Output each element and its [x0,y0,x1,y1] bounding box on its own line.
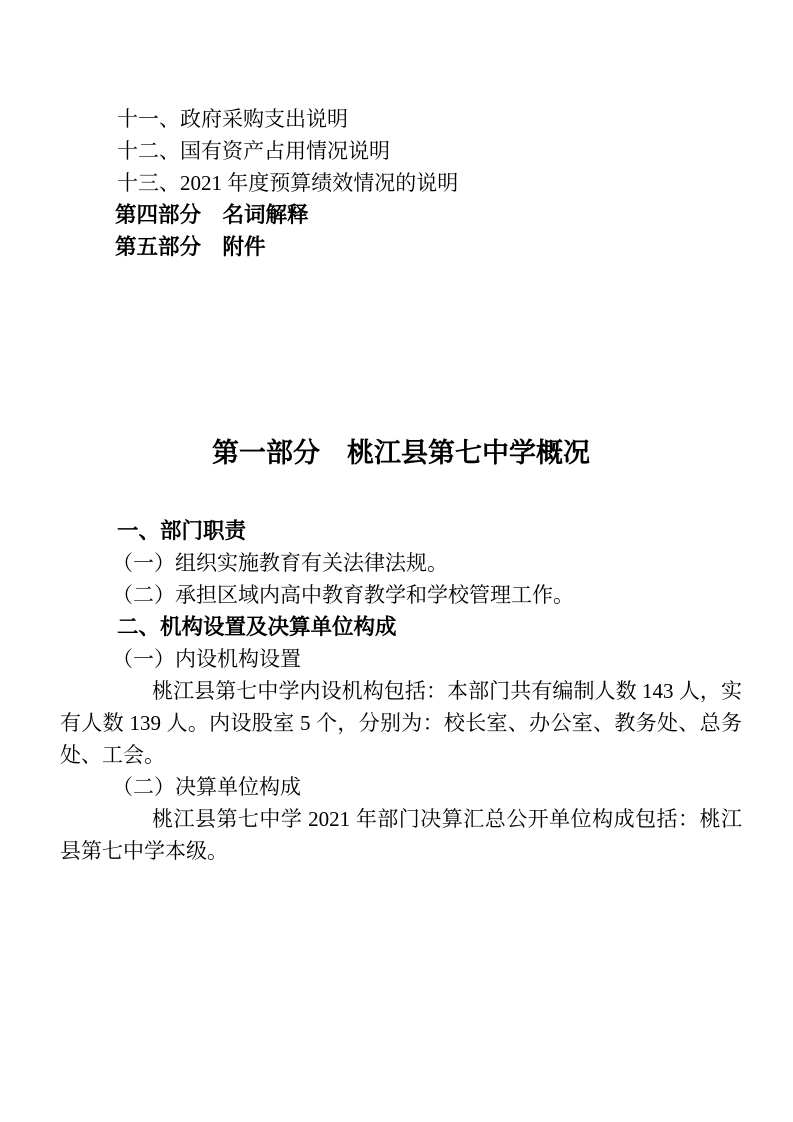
paragraph-accounting-units: 桃江县第七中学 2021 年部门决算汇总公开单位构成包括：桃江县第七中学本级。 [60,803,742,867]
heading-org-structure: 二、机构设置及决算单位构成 [60,611,742,643]
duty-item-2: （二）承担区域内高中教育教学和学校管理工作。 [60,579,742,611]
duty-item-1: （一）组织实施教育有关法律法规。 [60,547,742,579]
toc-part-4-heading: 第四部分 名词解释 [60,199,742,231]
paragraph-internal-org: 桃江县第七中学内设机构包括：本部门共有编制人数 143 人，实有人数 139 人… [60,675,742,771]
section-body: 一、部门职责 （一）组织实施教育有关法律法规。 （二）承担区域内高中教育教学和学… [60,515,742,867]
subheading-accounting-units: （二）决算单位构成 [60,771,742,803]
document-page: 十一、政府采购支出说明 十二、国有资产占用情况说明 十三、2021 年度预算绩效… [0,0,793,1122]
toc-item-11: 十一、政府采购支出说明 [60,103,742,135]
section-title: 第一部分 桃江县第七中学概况 [60,438,742,468]
subheading-internal-org: （一）内设机构设置 [60,643,742,675]
heading-department-duties: 一、部门职责 [60,515,742,547]
toc-item-13: 十三、2021 年度预算绩效情况的说明 [60,167,742,199]
toc-item-12: 十二、国有资产占用情况说明 [60,135,742,167]
toc-tail: 十一、政府采购支出说明 十二、国有资产占用情况说明 十三、2021 年度预算绩效… [60,103,742,263]
toc-part-5-heading: 第五部分 附件 [60,231,742,263]
